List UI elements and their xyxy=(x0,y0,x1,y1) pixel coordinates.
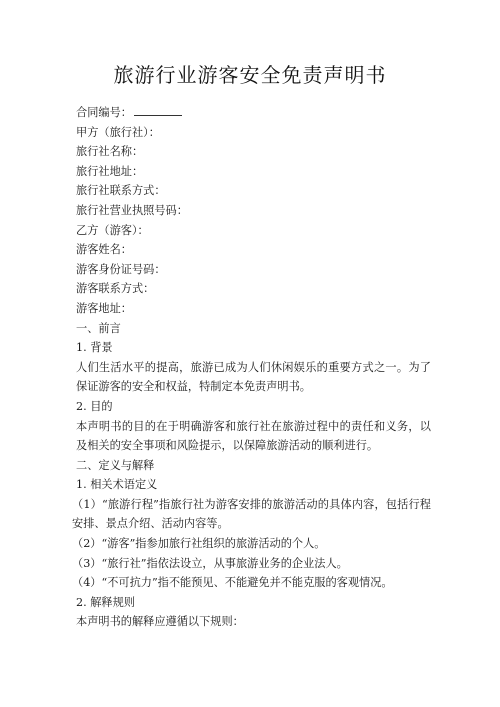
party-a-label: 甲方（旅行社）： xyxy=(76,123,431,143)
contract-number-field: 合同编号： xyxy=(76,103,431,123)
definition-item: （2）“游客”指参加旅行社组织的旅游活动的个人。 xyxy=(72,534,431,554)
tourist-contact-field: 游客联系方式： xyxy=(76,279,431,299)
agency-address-field: 旅行社地址： xyxy=(76,162,431,182)
section-1-2-text: 本声明书的目的在于明确游客和旅行社在旅游过程中的责任和义务，以及相关的安全事项和… xyxy=(76,417,431,456)
definition-item: （1）“旅游行程”指旅行社为游客安排的旅游活动的具体内容，包括行程安排、景点介绍… xyxy=(72,495,431,534)
tourist-id-field: 游客身份证号码： xyxy=(76,260,431,280)
document-body: 合同编号： 甲方（旅行社）： 旅行社名称： 旅行社地址： 旅行社联系方式： 旅行… xyxy=(76,103,431,632)
definition-item: （3）“旅行社”指依法设立，从事旅游业务的企业法人。 xyxy=(72,554,431,574)
contract-number-blank xyxy=(134,104,182,116)
document-page: 旅游行业游客安全免责声明书 合同编号： 甲方（旅行社）： 旅行社名称： 旅行社地… xyxy=(0,0,500,707)
section-2-heading: 二、定义与解释 xyxy=(76,456,431,476)
tourist-name-field: 游客姓名： xyxy=(76,240,431,260)
section-1-heading: 一、前言 xyxy=(76,319,431,339)
definition-item: （4）“不可抗力”指不能预见、不能避免并不能克服的客观情况。 xyxy=(72,573,431,593)
tourist-address-field: 游客地址： xyxy=(76,299,431,319)
section-1-1-heading: 1. 背景 xyxy=(76,338,431,358)
section-1-2-heading: 2. 目的 xyxy=(76,397,431,417)
section-2-1-heading: 1. 相关术语定义 xyxy=(76,475,431,495)
section-2-2-text: 本声明书的解释应遵循以下规则： xyxy=(76,612,431,632)
section-1-1-text: 人们生活水平的提高，旅游已成为人们休闲娱乐的重要方式之一。为了保证游客的安全和权… xyxy=(76,358,431,397)
agency-name-field: 旅行社名称： xyxy=(76,142,431,162)
section-2-2-heading: 2. 解释规则 xyxy=(76,593,431,613)
party-b-label: 乙方（游客）： xyxy=(76,221,431,241)
agency-license-field: 旅行社营业执照号码： xyxy=(76,201,431,221)
agency-contact-field: 旅行社联系方式： xyxy=(76,181,431,201)
contract-number-label: 合同编号： xyxy=(76,106,132,119)
document-title: 旅游行业游客安全免责声明书 xyxy=(0,62,500,88)
